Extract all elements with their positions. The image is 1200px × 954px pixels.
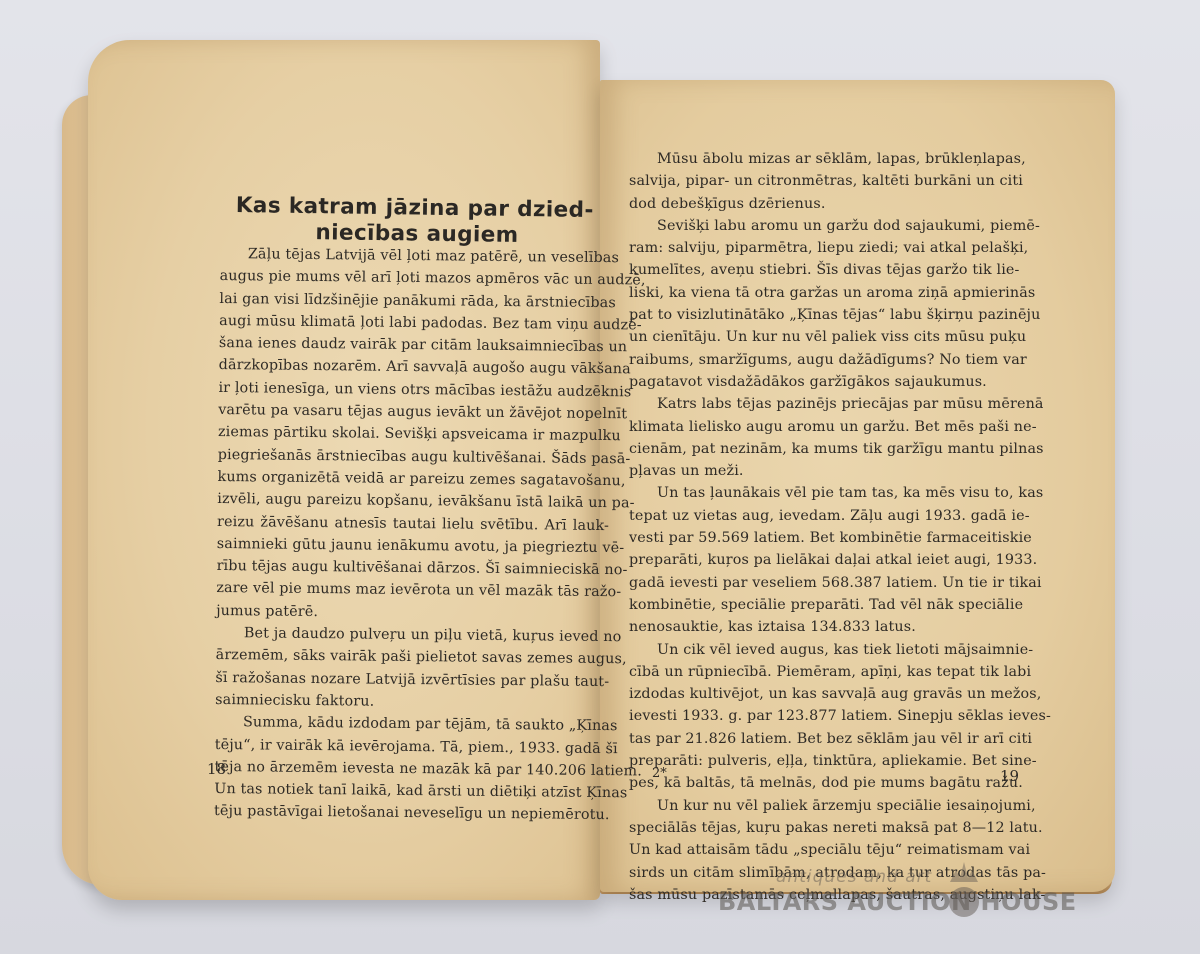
- right-page-body: Mūsu ābolu mizas ar sēklām, lapas, brūkl…: [629, 148, 1017, 906]
- text-line: šas mūsu pazīstamās ceļmallapas, šautras…: [629, 884, 1017, 906]
- text-line: nenosauktie, kas iztaisa 134.833 latus.: [629, 616, 1017, 638]
- text-line: preparāti, kuŗos pa lielākai daļai atkal…: [629, 549, 1017, 571]
- text-line: liski, ka viena tā otra garžas un aroma …: [629, 282, 1017, 304]
- text-line: Un tas ļaunākais vēl pie tam tas, ka mēs…: [629, 482, 1017, 504]
- text-line: Katrs labs tējas pazinējs priecājas par …: [629, 393, 1017, 415]
- text-line: pļavas un meži.: [629, 460, 1017, 482]
- text-line: gadā ievesti par veseliem 568.387 latiem…: [629, 572, 1017, 594]
- text-line: klimata lielisko augu aromu un garžu. Be…: [629, 416, 1017, 438]
- text-line: speciālās tējas, kuŗu pakas nereti maksā…: [629, 817, 1017, 839]
- text-line: Mūsu ābolu mizas ar sēklām, lapas, brūkl…: [629, 148, 1017, 170]
- text-line: ram: salviju, piparmētra, liepu ziedi; v…: [629, 237, 1017, 259]
- signature-mark: 2*: [652, 766, 667, 781]
- text-line: sirds un citām slimībām, atrodam, ka tur…: [629, 862, 1017, 884]
- text-line: cībā un rūpniecībā. Piemēram, apīņi, kas…: [629, 661, 1017, 683]
- text-line: ievesti 1933. g. par 123.877 latiem. Sin…: [629, 705, 1017, 727]
- text-line: cienām, pat nezinām, ka mums tik garžīgu…: [629, 438, 1017, 460]
- text-line: tēju pastāvīgai lietošanai neveselīgu un…: [214, 800, 606, 826]
- text-line: pes, kā baltās, tā melnās, dod pie mums …: [629, 772, 1017, 794]
- chapter-title-line-1: Kas katram jāzina par dzied-: [236, 193, 616, 224]
- text-line: Un kur nu vēl paliek ārzemju speciālie i…: [629, 795, 1017, 817]
- text-line: tas par 21.826 latiem. Bet bez sēklām ja…: [629, 728, 1017, 750]
- text-line: pagatavot visdažādākos garžīgākos sajauk…: [629, 371, 1017, 393]
- text-line: tepat uz vietas aug, ievedam. Zāļu augi …: [629, 505, 1017, 527]
- text-line: Un kad attaisām tādu „speciālu tēju“ rei…: [629, 839, 1017, 861]
- page-number-left: 18: [207, 760, 226, 778]
- open-book: Kas katram jāzina par dzied- niecības au…: [0, 0, 1200, 954]
- text-line: Sevišķi labu aromu un garžu dod sajaukum…: [629, 215, 1017, 237]
- text-line: preparāti: pulveris, eļļa, tinktūra, apl…: [629, 750, 1017, 772]
- left-page-body: Zāļu tējas Latvijā vēl ļoti maz patērē, …: [214, 243, 612, 827]
- text-line: salvija, pipar- un citronmētras, kaltēti…: [629, 170, 1017, 192]
- chapter-title: Kas katram jāzina par dzied- niecības au…: [235, 193, 616, 250]
- text-line: vesti par 59.569 latiem. Bet kombinētie …: [629, 527, 1017, 549]
- text-line: Un cik vēl ieved augus, kas tiek lietoti…: [629, 639, 1017, 661]
- text-line: kumelītes, aveņu stiebri. Šīs divas tēja…: [629, 259, 1017, 281]
- page-number-right: 19: [1000, 767, 1019, 785]
- text-line: raibums, smaržīgums, augu dažādīgums? No…: [629, 349, 1017, 371]
- text-line: kombinētie, speciālie preparāti. Tad vēl…: [629, 594, 1017, 616]
- text-line: un cienītāju. Un kur nu vēl paliek viss …: [629, 326, 1017, 348]
- text-line: pat to visizlutinātāko „Ķīnas tējas“ lab…: [629, 304, 1017, 326]
- text-line: izdodas kultivējot, un kas savvaļā aug g…: [629, 683, 1017, 705]
- text-line: dod debešķīgus dzērienus.: [629, 193, 1017, 215]
